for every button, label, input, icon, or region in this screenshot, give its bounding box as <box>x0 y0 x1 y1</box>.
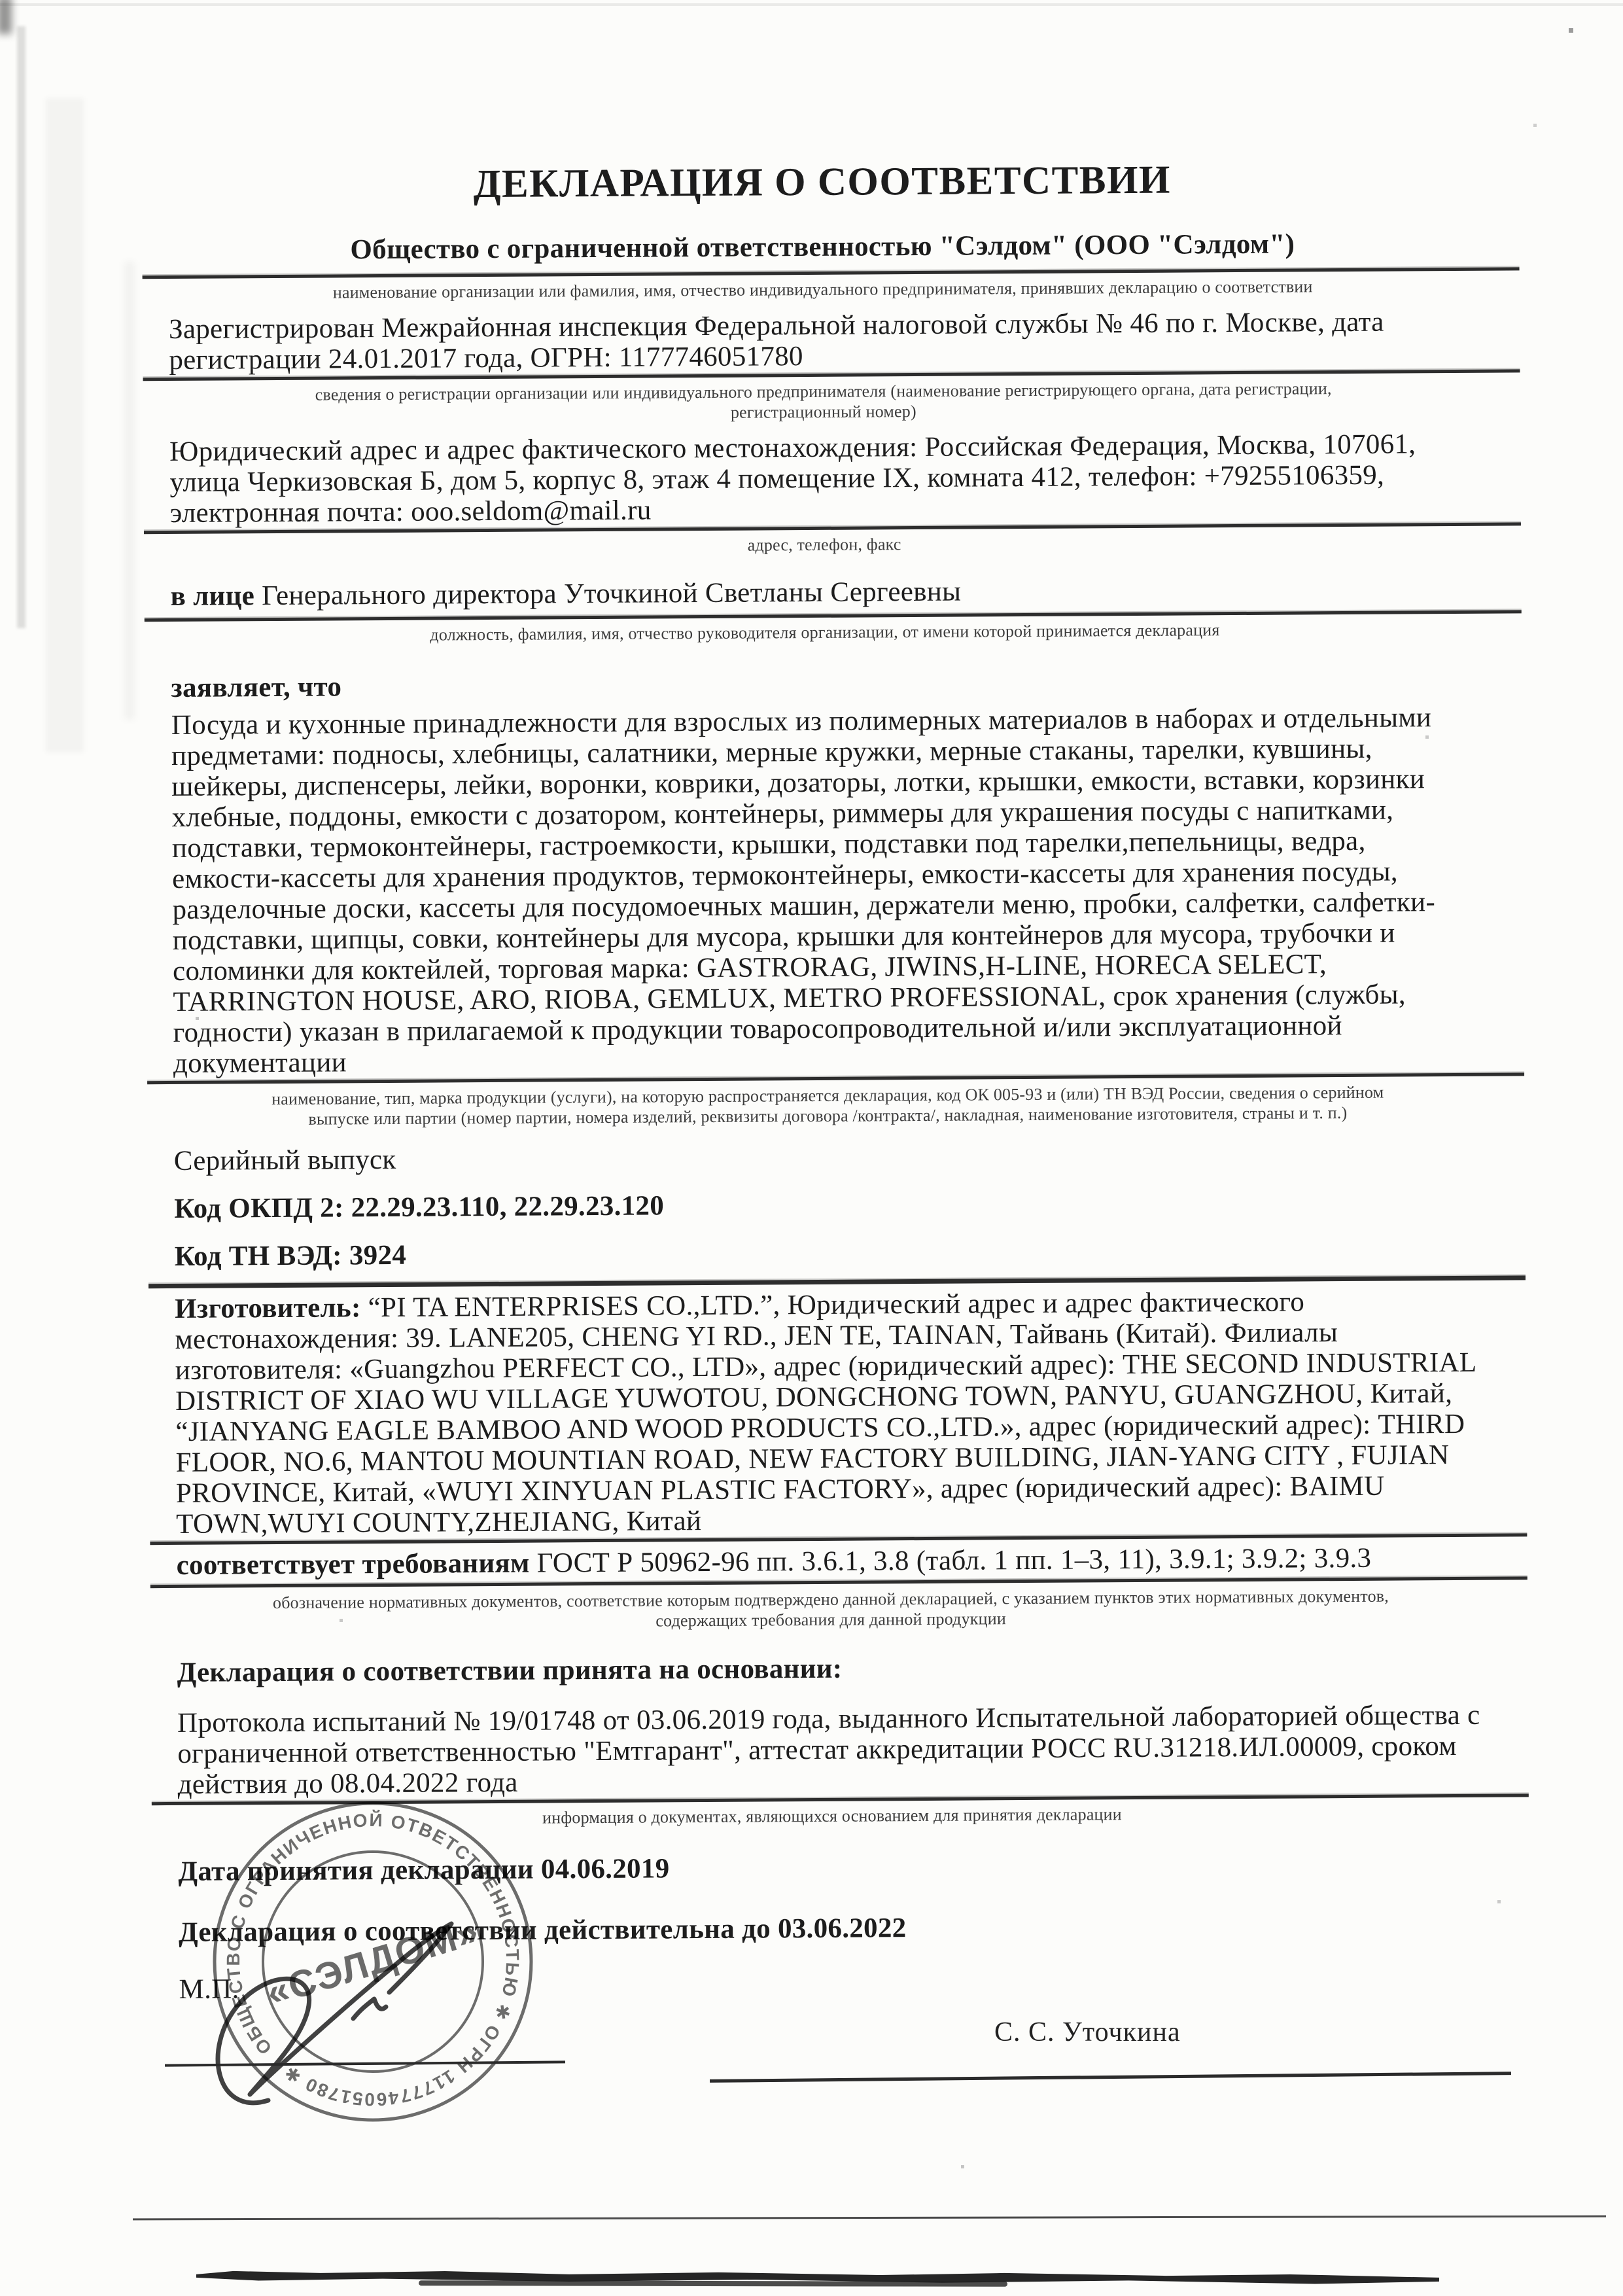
document-title: ДЕКЛАРАЦИЯ О СООТВЕТСТВИИ <box>167 0 1476 208</box>
scan-artifact-specks <box>0 0 2 2</box>
address-paragraph: Юридический адрес и адрес фактического м… <box>169 429 1478 529</box>
compliance-text: ГОСТ Р 50962-96 пп. 3.6.1, 3.8 (табл. 1 … <box>529 1543 1371 1579</box>
signer-name: С. С. Уточкина <box>994 2017 1181 2048</box>
basis-heading: Декларация о соответствии принята на осн… <box>177 1650 1485 1688</box>
declares-heading: заявляет, что <box>171 665 1479 703</box>
signature-stroke <box>218 1924 451 2103</box>
manufacturer-lead: Изготовитель: <box>175 1292 361 1324</box>
representative-caption: должность, фамилия, имя, отчество руково… <box>171 618 1479 646</box>
scan-artifact-bottom-edge-2 <box>419 2280 1007 2287</box>
address-caption: адрес, телефон, факс <box>170 531 1478 559</box>
product-paragraph: Посуда и кухонные принадлежности для взр… <box>171 702 1482 1079</box>
handwritten-signature <box>190 1901 504 2130</box>
footer-rule <box>133 2216 1606 2221</box>
manufacturer-paragraph: Изготовитель: “PI TA ENTERPRISES CO.,LTD… <box>175 1286 1484 1540</box>
representative-line: в лице Генерального директора Уточкиной … <box>170 573 1478 612</box>
representative-lead: в лице <box>170 580 254 612</box>
declarant-name: Общество с ограниченной ответственностью… <box>168 228 1476 266</box>
signer-signature-line <box>710 2072 1511 2083</box>
manufacturer-text: “PI TA ENTERPRISES CO.,LTD.”, Юридически… <box>175 1286 1476 1540</box>
scan-artifact-left-band-2 <box>124 262 135 720</box>
scan-artifact-left-band <box>46 98 84 752</box>
scan-artifact-corner-smudge <box>0 0 12 34</box>
tnved-code-line: Код ТН ВЭД: 3924 <box>175 1233 1483 1272</box>
serial-issue-line: Серийный выпуск <box>174 1138 1482 1176</box>
document-body: ДЕКЛАРАЦИЯ О СООТВЕТСТВИИ Общество с огр… <box>167 0 1488 2005</box>
compliance-line: соответствует требованиям ГОСТ Р 50962-9… <box>176 1542 1484 1581</box>
okpd-code-line: Код ОКПД 2: 22.29.23.110, 22.29.23.120 <box>174 1186 1482 1224</box>
representative-text: Генерального директора Уточкиной Светлан… <box>254 576 961 612</box>
scan-artifact-left-line <box>17 26 26 628</box>
registration-paragraph: Зарегистрирован Межрайонная инспекция Фе… <box>169 306 1478 376</box>
compliance-lead: соответствует требованиям <box>176 1548 529 1581</box>
declarant-caption: наименование организации или фамилия, им… <box>169 275 1477 304</box>
scanned-declaration-page: ДЕКЛАРАЦИЯ О СООТВЕТСТВИИ Общество с огр… <box>0 0 1623 2296</box>
basis-paragraph: Протокола испытаний № 19/01748 от 03.06.… <box>177 1700 1486 1800</box>
